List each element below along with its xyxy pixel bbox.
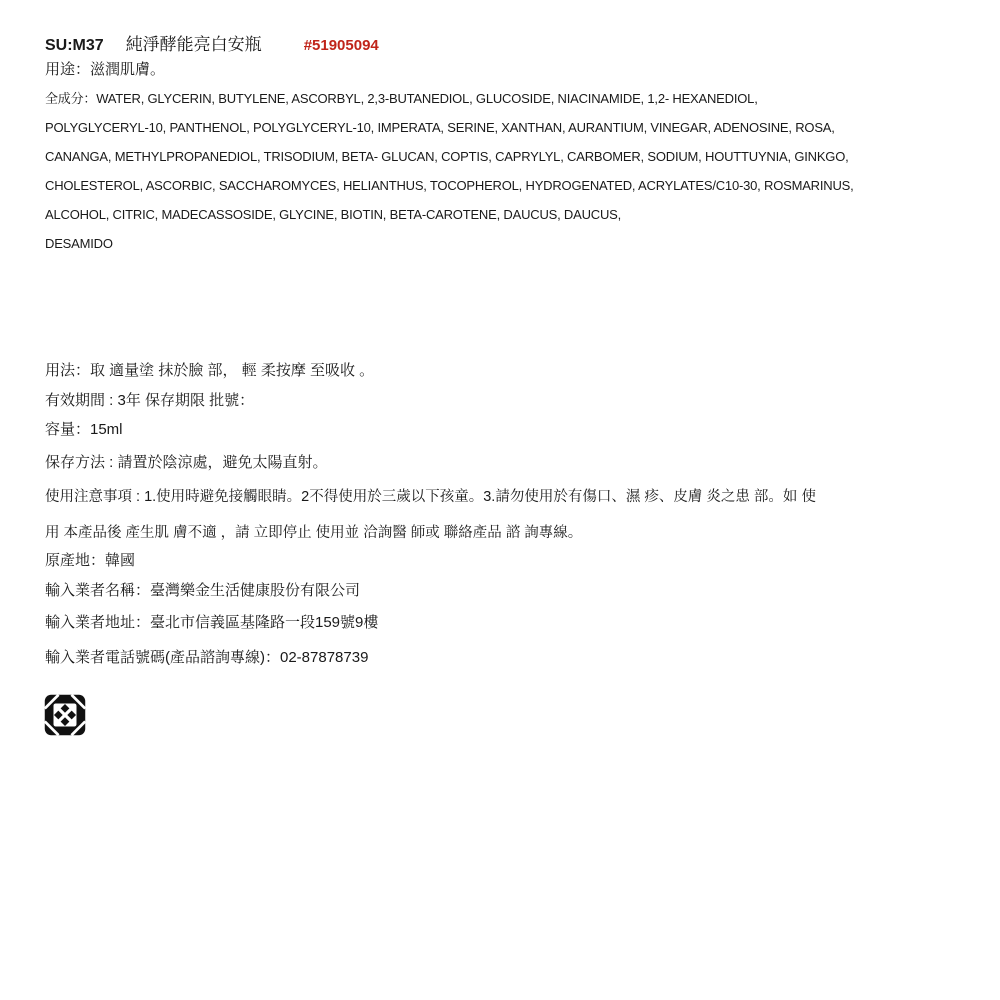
product-name: 純淨酵能亮白安瓶 (126, 30, 262, 55)
ingredients-line-6: DESAMIDO (45, 235, 113, 253)
product-sku: SU:M37 (45, 37, 104, 55)
origin-line: 原產地：韓國 (45, 551, 135, 571)
storage-line: 保存方法 : 請置於陰涼處，避免太陽直射。 (45, 453, 328, 473)
importer-address-line: 輸入業者地址：臺北市信義區基隆路一段159號9樓 (45, 613, 378, 633)
ingredients-line-3: CANANGA, METHYLPROPANEDIOL, TRISODIUM, B… (45, 148, 849, 166)
importer-name-line: 輸入業者名稱：臺灣樂金生活健康股份有限公司 (45, 581, 360, 601)
purpose-line: 用途：滋潤肌膚。 (45, 60, 165, 80)
product-header: SU:M37 純淨酵能亮白安瓶 #51905094 (45, 30, 379, 55)
importer-phone-line: 輸入業者電話號碼(產品諮詢專線)：02-87878739 (45, 648, 368, 668)
taiwan-recycling-icon (42, 692, 88, 738)
product-code: #51905094 (304, 37, 379, 54)
product-label-page: SU:M37 純淨酵能亮白安瓶 #51905094 用途：滋潤肌膚。 全成分：W… (0, 0, 1000, 1000)
volume-line: 容量：15ml (45, 420, 123, 440)
ingredients-line-5: ALCOHOL, CITRIC, MADECASSOSIDE, GLYCINE,… (45, 206, 621, 224)
ingredients-line-4: CHOLESTEROL, ASCORBIC, SACCHAROMYCES, HE… (45, 177, 854, 195)
ingredients-line-1: 全成分：WATER, GLYCERIN, BUTYLENE, ASCORBYL,… (45, 90, 758, 108)
precautions-line-2: 用 本產品後 產生肌 膚不適 ，請 立即停止 使用並 洽詢醫 師或 聯絡產品 諮… (45, 523, 582, 543)
ingredients-line-2: POLYGLYCERYL-10, PANTHENOL, POLYGLYCERYL… (45, 119, 835, 137)
expiry-line: 有效期間 : 3年 保存期限 批號： (45, 391, 254, 411)
usage-line: 用法：取 適量塗 抹於臉 部， 輕 柔按摩 至吸收 。 (45, 361, 374, 381)
precautions-line-1: 使用注意事項 : 1.使用時避免接觸眼睛。2不得使用於三歲以下孩童。3.請勿使用… (45, 487, 816, 507)
